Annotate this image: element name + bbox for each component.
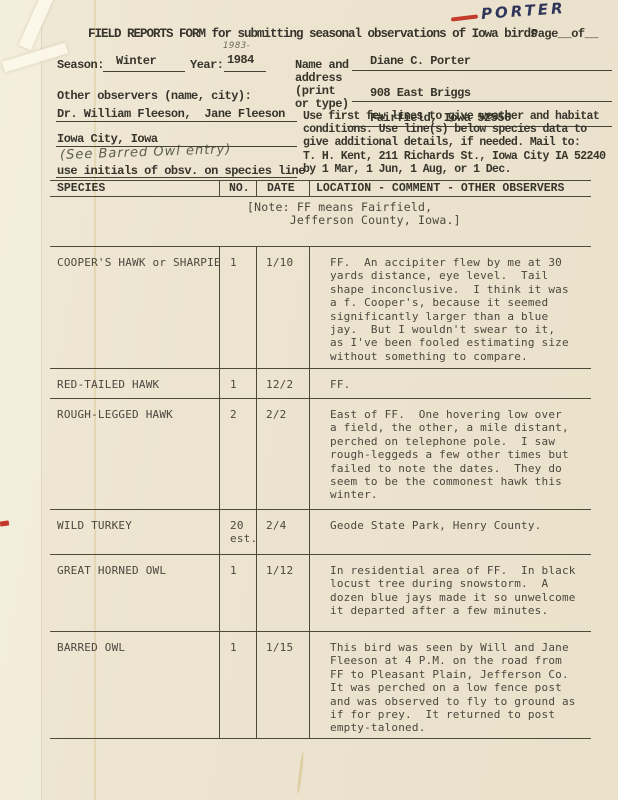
season-field-value: Winter: [116, 54, 156, 68]
species-cell: WILD TURKEY: [50, 510, 220, 554]
column-header-date: DATE: [257, 181, 310, 196]
page-of-label: Page__of__: [531, 27, 598, 41]
date-cell: 1/15: [257, 632, 310, 738]
fold-crease: [296, 752, 304, 794]
street-field-value: 908 East Briggs: [370, 86, 471, 100]
table-row: ROUGH-LEGGED HAWK 2 2/2 East of FF. One …: [50, 399, 591, 510]
date-cell: 12/2: [257, 369, 310, 398]
count-cell: 1: [220, 247, 257, 368]
red-underline-mark: [451, 14, 478, 21]
name-address-label: Name and address (print or type): [295, 59, 349, 111]
season-field-line: [103, 71, 185, 72]
scanned-form-page: PORTER 1983- (See Barred Owl entry) FIEL…: [0, 0, 618, 800]
species-table: COOPER'S HAWK or SHARPIE 1 1/10 FF. An a…: [50, 246, 591, 739]
count-cell: 1: [220, 632, 257, 738]
paper-edge-band: [0, 0, 42, 800]
ff-abbreviation-note: [Note: FF means Fairfield, Jefferson Cou…: [247, 201, 461, 228]
other-observers-label: Other observers (name, city):: [57, 89, 251, 103]
other-observers-city: Iowa City, Iowa: [57, 132, 158, 146]
location-comment-cell: Geode State Park, Henry County.: [310, 510, 591, 554]
column-header-location: LOCATION - COMMENT - OTHER OBSERVERS: [310, 181, 591, 196]
year-field-line: [224, 71, 266, 72]
form-title: FIELD REPORTS FORM for submitting season…: [88, 27, 537, 41]
street-field-line: [352, 101, 612, 102]
date-cell: 2/4: [257, 510, 310, 554]
other-observers-names: Dr. William Fleeson, Jane Fleeson: [57, 107, 285, 121]
handwritten-porter-annotation: PORTER: [480, 0, 566, 23]
species-cell: COOPER'S HAWK or SHARPIE: [50, 247, 220, 368]
initials-instruction: use initials of obsv. on species line: [57, 164, 305, 178]
name-field-value: Diane C. Porter: [370, 54, 471, 68]
year-field-value: 1984: [227, 53, 254, 67]
table-row: RED-TAILED HAWK 1 12/2 FF.: [50, 369, 591, 399]
date-cell: 2/2: [257, 399, 310, 509]
species-cell: BARRED OWL: [50, 632, 220, 738]
date-cell: 1/12: [257, 555, 310, 631]
handwritten-year-note: 1983-: [223, 41, 250, 51]
location-comment-cell: In residential area of FF. In black locu…: [310, 555, 591, 631]
table-row: BARRED OWL 1 1/15 This bird was seen by …: [50, 632, 591, 739]
count-cell: 20 est.: [220, 510, 257, 554]
mailing-instructions: Use first few lines to give weather and …: [303, 110, 605, 176]
column-header-species: SPECIES: [50, 181, 220, 196]
species-cell: ROUGH-LEGGED HAWK: [50, 399, 220, 509]
date-cell: 1/10: [257, 247, 310, 368]
name-field-line: [352, 70, 612, 71]
species-cell: GREAT HORNED OWL: [50, 555, 220, 631]
table-row: COOPER'S HAWK or SHARPIE 1 1/10 FF. An a…: [50, 247, 591, 369]
season-label: Season:: [57, 58, 104, 72]
table-row: WILD TURKEY 20 est. 2/4 Geode State Park…: [50, 510, 591, 555]
species-cell: RED-TAILED HAWK: [50, 369, 220, 398]
table-row: GREAT HORNED OWL 1 1/12 In residential a…: [50, 555, 591, 632]
location-comment-cell: FF.: [310, 369, 591, 398]
count-cell: 1: [220, 369, 257, 398]
observers-field-line: [56, 121, 297, 122]
column-header-no: NO.: [220, 181, 257, 196]
table-header-row: SPECIES NO. DATE LOCATION - COMMENT - OT…: [50, 180, 591, 197]
observers-field-line: [56, 146, 297, 147]
location-comment-cell: East of FF. One hovering low over a fiel…: [310, 399, 591, 509]
location-comment-cell: This bird was seen by Will and Jane Flee…: [310, 632, 591, 738]
initials-instruction-line: [56, 177, 297, 178]
count-cell: 1: [220, 555, 257, 631]
location-comment-cell: FF. An accipiter flew by me at 30 yards …: [310, 247, 591, 368]
year-label: Year:: [190, 58, 224, 72]
count-cell: 2: [220, 399, 257, 509]
